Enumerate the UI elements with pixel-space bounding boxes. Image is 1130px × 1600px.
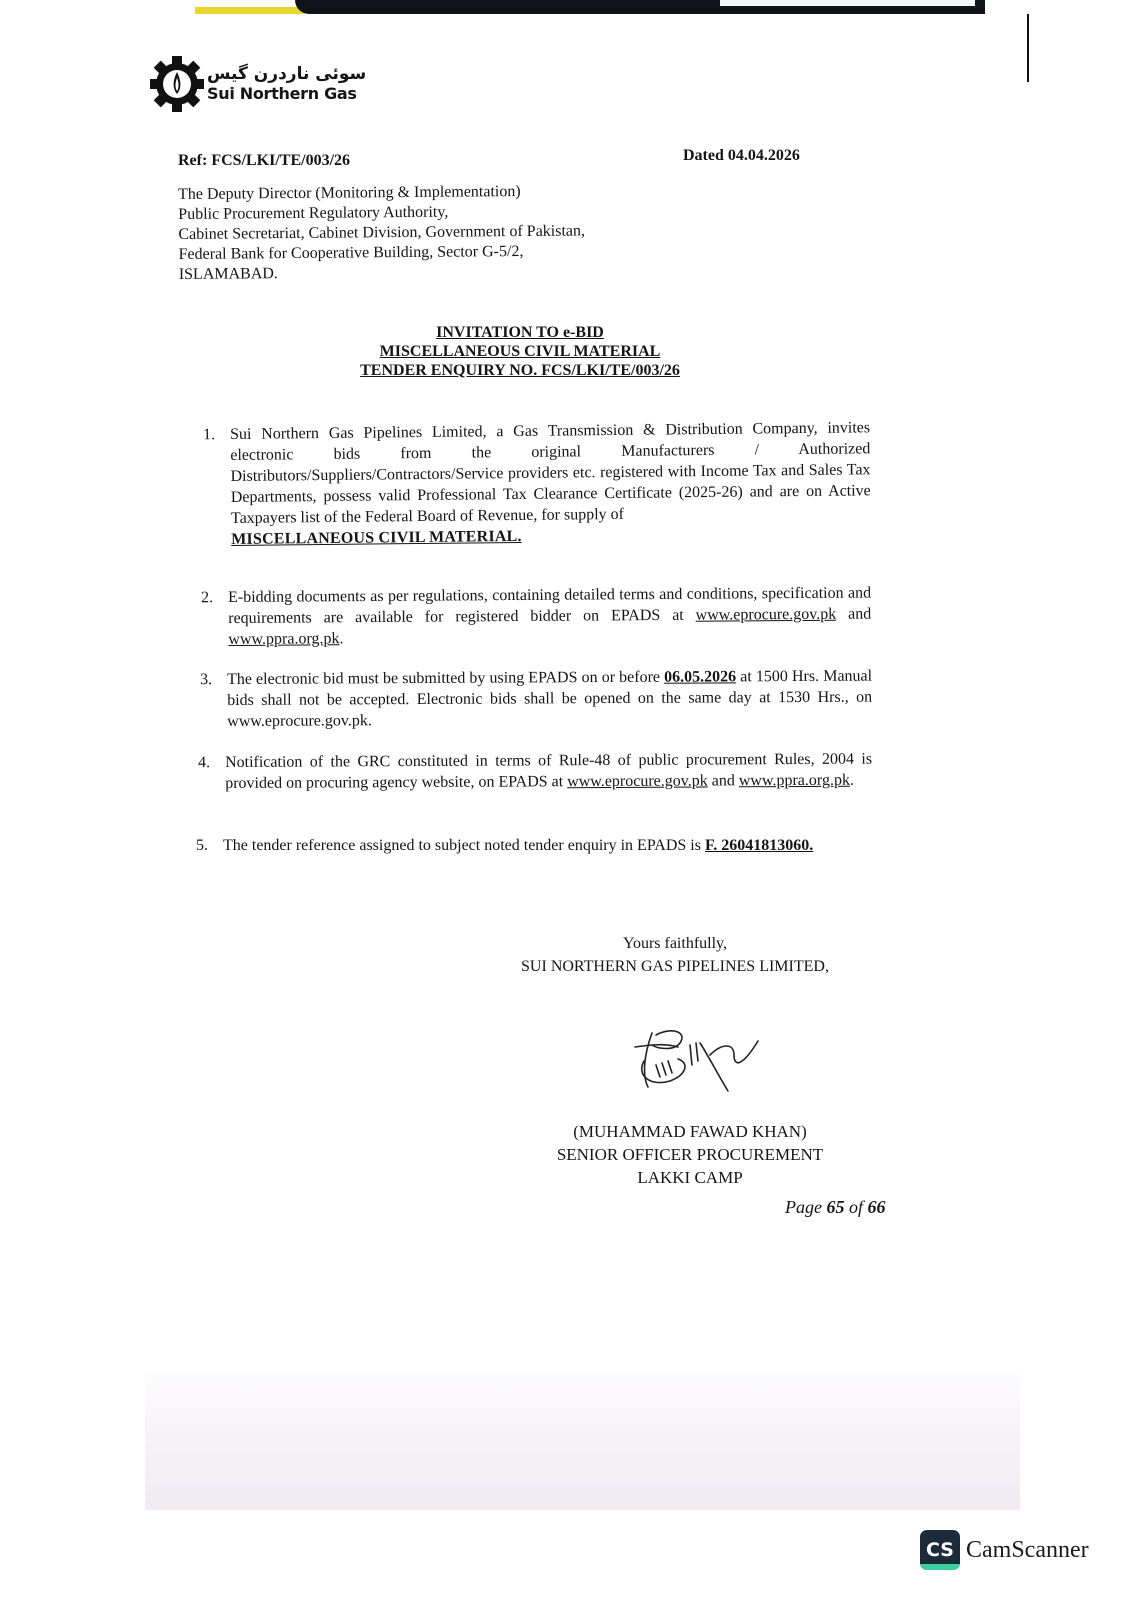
recipient-address: The Deputy Director (Monitoring & Implem… [178,181,585,285]
joiner-text: and [848,606,871,623]
paragraph-text: Sui Northern Gas Pipelines Limited, a Ga… [230,419,871,527]
address-line: Cabinet Secretariat, Cabinet Division, G… [178,221,585,245]
heading-line: INVITATION TO e-BID [330,323,710,342]
paragraph-number: 1. [203,424,215,445]
paragraph-3: 3. The electronic bid must be submitted … [227,666,872,732]
heading-line: TENDER ENQUIRY NO. FCS/LKI/TE/003/26 [330,361,710,380]
material-title: MISCELLANEOUS CIVIL MATERIAL. [231,528,522,548]
paragraph-text: The electronic bid must be submitted by … [227,669,660,688]
scan-edge-line [1027,14,1029,82]
paragraph-1: 1. Sui Northern Gas Pipelines Limited, a… [230,417,871,550]
letter-date: Dated 04.04.2026 [683,147,800,165]
page-number: Page 65 of 66 [785,1197,886,1218]
paragraph-text: The tender reference assigned to subject… [223,837,701,854]
camscanner-watermark: CS CamScanner [920,1530,1089,1570]
signatory-block: (MUHAMMAD FAWAD KHAN) SENIOR OFFICER PRO… [545,1120,835,1189]
scan-edge-artifact [195,0,985,14]
camscanner-logo-icon: CS [920,1530,960,1570]
logo-english-text: Sui Northern Gas [207,84,366,104]
gear-flame-icon [150,55,204,113]
signatory-name: (MUHAMMAD FAWAD KHAN) [545,1120,835,1143]
company-name: SUI NORTHERN GAS PIPELINES LIMITED, [505,955,845,978]
paragraph-number: 5. [196,835,208,856]
address-line: ISLAMABAD. [179,261,586,285]
joiner-text: and [712,772,735,789]
eprocure-link[interactable]: www.eprocure.gov.pk [696,606,837,624]
paragraph-number: 3. [200,669,212,690]
reference-number: Ref: FCS/LKI/TE/003/26 [178,152,350,170]
submission-deadline: 06.05.2026 [664,668,736,685]
paragraph-number: 4. [198,752,210,773]
epads-reference: F. 26041813060. [705,837,813,854]
signatory-location: LAKKI CAMP [545,1166,835,1189]
paragraph-number: 2. [201,587,213,608]
ppra-link[interactable]: www.ppra.org.pk [739,772,850,790]
page-total: 66 [868,1197,886,1217]
eprocure-link[interactable]: www.eprocure.gov.pk [567,772,708,790]
ppra-link[interactable]: www.ppra.org.pk [228,630,339,648]
page-current: 65 [826,1197,844,1217]
paragraph-4: 4. Notification of the GRC constituted i… [225,749,872,794]
scan-shadow [145,1375,1020,1510]
page-of: of [849,1197,863,1217]
logo-urdu-text: سوئی ناردرن گیس [207,64,366,84]
camscanner-name: CamScanner [966,1537,1089,1564]
subject-heading: INVITATION TO e-BID MISCELLANEOUS CIVIL … [330,323,710,380]
page-label: Page [785,1197,822,1217]
closing-salutation: Yours faithfully, [505,932,845,955]
paragraph-2: 2. E-bidding documents as per regulation… [228,583,871,650]
heading-line: MISCELLANEOUS CIVIL MATERIAL [330,342,710,361]
punctuation: . [339,630,343,647]
punctuation: . [850,772,854,789]
signatory-title: SENIOR OFFICER PROCUREMENT [545,1143,835,1166]
closing-block: Yours faithfully, SUI NORTHERN GAS PIPEL… [505,932,845,978]
company-logo: سوئی ناردرن گیس Sui Northern Gas [150,55,366,113]
signature-image [630,1025,765,1095]
paragraph-5: 5. The tender reference assigned to subj… [223,835,873,856]
